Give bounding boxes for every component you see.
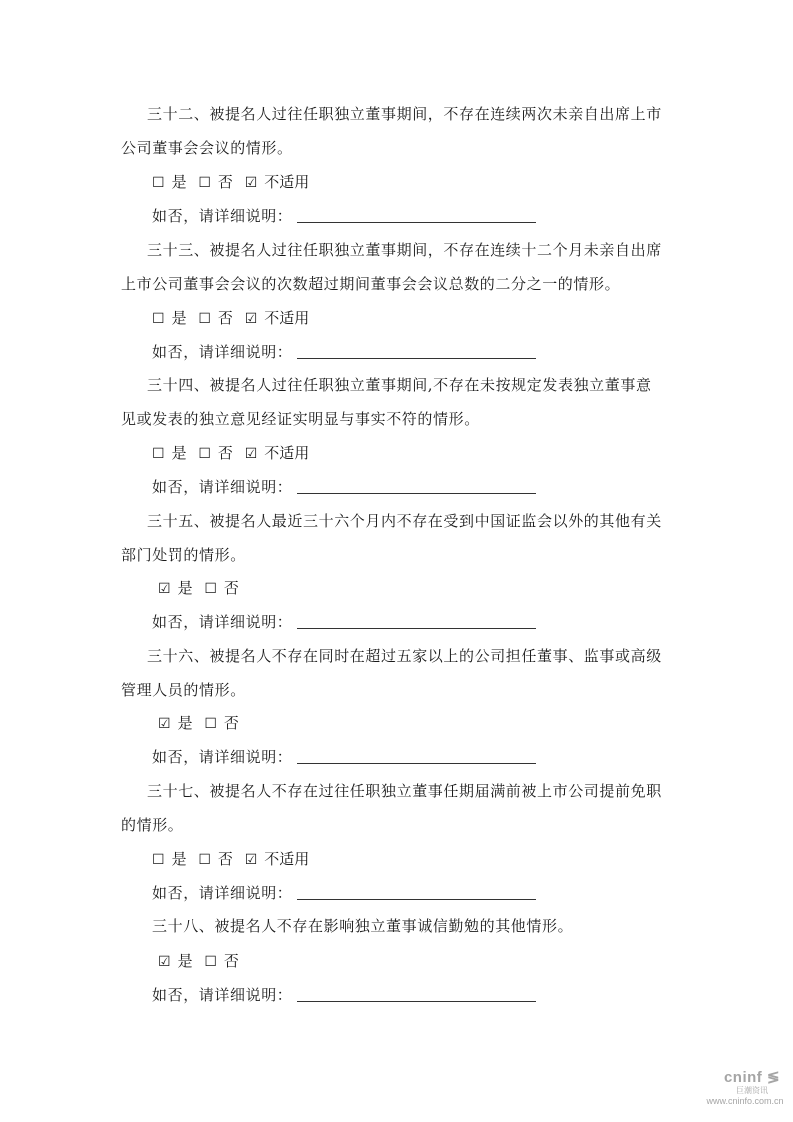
item-33-explain-field[interactable] (297, 358, 536, 359)
brand-url-text: www.cninfo.com.cn (698, 1096, 792, 1107)
item-36-explain-label: 如否，请详细说明： (152, 747, 292, 767)
item-34-text-line2: 见或发表的独立意见经证实明显与事实不符的情形。 (121, 409, 480, 429)
item-38-explain-label: 如否，请详细说明： (152, 985, 292, 1005)
option-label: 否 (218, 309, 233, 327)
brand-cn-text: 巨潮资讯 (712, 1086, 792, 1096)
checkbox-unchecked-icon[interactable]: ☐ (152, 850, 165, 870)
item-35-text-line1: 三十五、被提名人最近三十六个月内不存在受到中国证监会以外的其他有关 (147, 511, 662, 531)
item-33-text-line1: 三十三、被提名人过往任职独立董事期间，不存在连续十二个月未亲自出席 (147, 240, 662, 260)
option-label: 否 (218, 444, 233, 462)
checkbox-checked-icon[interactable]: ☑ (245, 850, 258, 870)
item-36-text-line2: 管理人员的情形。 (121, 680, 246, 700)
item-35-text-line2: 部门处罚的情形。 (121, 545, 246, 565)
item-37-text-line2: 的情形。 (121, 815, 183, 835)
item-38-text-line1: 三十八、被提名人不存在影响独立董事诚信勤勉的其他情形。 (152, 916, 573, 936)
option-label: 是 (178, 714, 193, 732)
option-label: 不适用 (264, 173, 309, 191)
item-32-text-line1: 三十二、被提名人过往任职独立董事期间，不存在连续两次未亲自出席上市 (147, 104, 662, 124)
checkbox-unchecked-icon[interactable]: ☐ (152, 309, 165, 329)
item-35-options: ☑是 ☐否 (158, 578, 246, 599)
item-37-explain-label: 如否，请详细说明： (152, 883, 292, 903)
option-label: 不适用 (264, 850, 309, 868)
checkbox-checked-icon[interactable]: ☑ (245, 444, 258, 464)
option-label: 是 (178, 579, 193, 597)
checkbox-unchecked-icon[interactable]: ☐ (198, 850, 211, 870)
checkbox-checked-icon[interactable]: ☑ (158, 952, 171, 972)
option-label: 是 (172, 173, 187, 191)
item-33-options: ☐是 ☐否 ☑不适用 (152, 308, 316, 329)
document-page: 三十二、被提名人过往任职独立董事期间，不存在连续两次未亲自出席上市 公司董事会会… (0, 0, 793, 1122)
item-37-options: ☐是 ☐否 ☑不适用 (152, 849, 316, 870)
item-32-options: ☐是 ☐否 ☑不适用 (152, 172, 316, 193)
checkbox-unchecked-icon[interactable]: ☐ (152, 444, 165, 464)
option-label: 否 (224, 579, 239, 597)
checkbox-unchecked-icon[interactable]: ☐ (152, 173, 165, 193)
checkbox-checked-icon[interactable]: ☑ (158, 579, 171, 599)
option-label: 否 (218, 173, 233, 191)
checkbox-unchecked-icon[interactable]: ☐ (204, 714, 217, 734)
item-37-explain-field[interactable] (297, 899, 536, 900)
item-34-text-line1: 三十四、被提名人过往任职独立董事期间,不存在未按规定发表独立董事意 (147, 375, 652, 395)
item-38-options: ☑是 ☐否 (158, 951, 246, 972)
item-36-options: ☑是 ☐否 (158, 713, 246, 734)
item-33-text-line2: 上市公司董事会会议的次数超过期间董事会会议总数的二分之一的情形。 (121, 274, 620, 294)
item-38-explain-field[interactable] (297, 1001, 536, 1002)
option-label: 否 (218, 850, 233, 868)
cninfo-swoosh-icon: ≶ (762, 1069, 780, 1086)
item-32-text-line2: 公司董事会会议的情形。 (121, 138, 293, 158)
option-label: 是 (172, 444, 187, 462)
item-37-text-line1: 三十七、被提名人不存在过往任职独立董事任期届满前被上市公司提前免职 (147, 781, 662, 801)
cninfo-watermark-logo: cninf ≶ 巨潮资讯 www.cninfo.com.cn (712, 1068, 792, 1107)
option-label: 是 (172, 850, 187, 868)
item-33-explain-label: 如否，请详细说明： (152, 342, 292, 362)
checkbox-checked-icon[interactable]: ☑ (245, 309, 258, 329)
checkbox-unchecked-icon[interactable]: ☐ (198, 173, 211, 193)
item-35-explain-label: 如否，请详细说明： (152, 612, 292, 632)
checkbox-unchecked-icon[interactable]: ☐ (204, 952, 217, 972)
option-label: 否 (224, 952, 239, 970)
item-32-explain-field[interactable] (297, 222, 536, 223)
checkbox-checked-icon[interactable]: ☑ (245, 173, 258, 193)
option-label: 不适用 (264, 444, 309, 462)
option-label: 不适用 (264, 309, 309, 327)
item-32-explain-label: 如否，请详细说明： (152, 206, 292, 226)
checkbox-unchecked-icon[interactable]: ☐ (204, 579, 217, 599)
checkbox-unchecked-icon[interactable]: ☐ (198, 309, 211, 329)
item-34-explain-label: 如否，请详细说明： (152, 477, 292, 497)
item-36-explain-field[interactable] (297, 763, 536, 764)
option-label: 是 (178, 952, 193, 970)
item-34-options: ☐是 ☐否 ☑不适用 (152, 443, 316, 464)
checkbox-unchecked-icon[interactable]: ☐ (198, 444, 211, 464)
option-label: 是 (172, 309, 187, 327)
item-36-text-line1: 三十六、被提名人不存在同时在超过五家以上的公司担任董事、监事或高级 (147, 646, 662, 666)
item-35-explain-field[interactable] (297, 628, 536, 629)
checkbox-checked-icon[interactable]: ☑ (158, 714, 171, 734)
brand-text: cninf ≶ (712, 1068, 792, 1086)
option-label: 否 (224, 714, 239, 732)
item-34-explain-field[interactable] (297, 493, 536, 494)
